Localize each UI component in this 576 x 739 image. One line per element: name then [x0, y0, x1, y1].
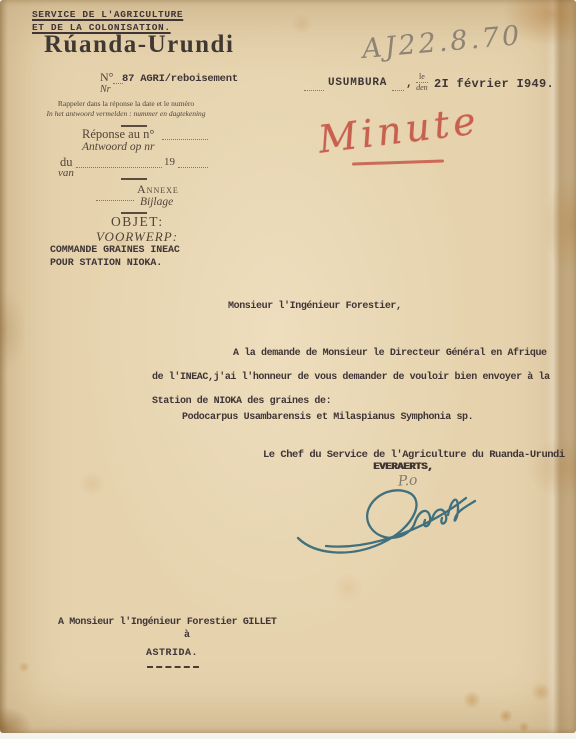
closing-name: EVERAERTS, [373, 461, 433, 473]
reponse-dotted [162, 128, 208, 140]
dateline-dotted-right [392, 79, 404, 91]
reminder-note-nl: In het antwoord vermelden : nummer en da… [40, 109, 212, 118]
recipient-line3: ASTRIDA. [146, 648, 198, 659]
letter-page: SERVICE DE L'AGRICULTURE ET DE LA COLONI… [0, 0, 576, 733]
dateline-place: USUMBURA [328, 77, 387, 89]
du-dotted-1 [76, 156, 162, 168]
le-label: le [416, 73, 428, 83]
dateline-dotted-left [304, 79, 324, 91]
du-dotted-2 [178, 156, 208, 168]
reponse-label-nl: Antwoord op nr [82, 141, 154, 153]
body-line3: Station de NIOKA des graines de: [152, 396, 331, 407]
signature-svg [288, 480, 478, 558]
service-stamp-line1: SERVICE DE L'AGRICULTURE [32, 9, 183, 20]
signature-ink [288, 480, 478, 558]
den-label: den [416, 83, 428, 92]
annexe-dotted [96, 189, 134, 201]
body-line1: A la demande de Monsieur le Directeur Gé… [233, 348, 547, 359]
recipient-line1: A Monsieur l'Ingénieur Forestier GILLET [58, 617, 276, 628]
subject-line1: COMMANDE GRAINES INEAC [50, 245, 180, 256]
separator-dash-2 [121, 178, 147, 180]
recipient-underline [147, 666, 199, 668]
recipient-line2: à [184, 630, 190, 641]
le-den-block: le den [416, 73, 428, 92]
no-label: N° [100, 70, 113, 85]
van-label: van [58, 167, 74, 179]
annexe-label-fr: Annexe [137, 182, 179, 197]
year-prefix: 19 [164, 156, 175, 168]
territory-masthead: Rúanda-Urundi [44, 31, 234, 59]
voorwerp-label: VOORWERP: [96, 229, 178, 245]
pencil-reference: AJ22.8.70 [361, 20, 523, 65]
dateline-date: 2I février I949. [434, 77, 554, 91]
objet-label: OBJET: [111, 214, 164, 230]
body-line2: de l'INEAC,j'ai l'honneur de vous demand… [152, 372, 550, 383]
dateline-comma: , [406, 78, 412, 90]
reminder-note-fr: Rappeler dans la réponse la date et le n… [40, 99, 212, 108]
minute-annotation: Minute [316, 98, 482, 161]
reference-number: 87 AGRI/reboisement [122, 73, 238, 85]
nr-label: Nr [100, 84, 111, 95]
annexe-label-nl: Bijlage [140, 196, 173, 208]
reponse-label-fr: Réponse au n° [82, 127, 154, 142]
species-line: Podocarpus Usambarensis et Milaspianus S… [182, 412, 473, 423]
subject-line2: POUR STATION NIOKA. [50, 258, 162, 269]
minute-underline [352, 159, 444, 165]
salutation: Monsieur l'Ingénieur Forestier, [228, 301, 402, 312]
closing-title: Le Chef du Service de l'Agriculture du R… [263, 449, 565, 461]
